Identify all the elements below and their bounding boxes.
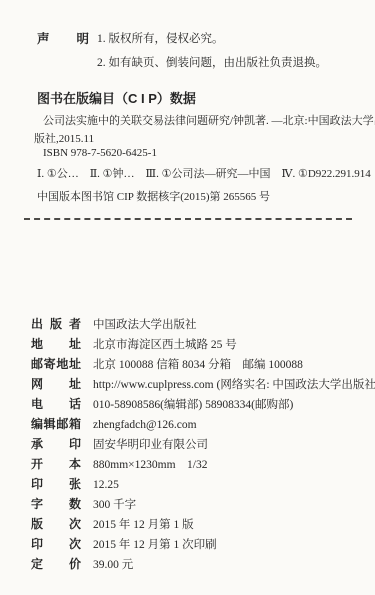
colophon-label: 邮寄地址 (31, 354, 81, 374)
colophon-label: 开 本 (31, 454, 81, 474)
declaration-items: 1. 版权所有，侵权必究。 2. 如有缺页、倒装问题，由出版社负责退换。 (97, 27, 327, 75)
colophon-value: 北京市海淀区西土城路 25 号 (93, 335, 237, 355)
colophon-row: 版 次 2015 年 12 月第 1 版 (31, 514, 361, 534)
colophon-value: 010-58908586(编辑部) 58908334(邮购部) (93, 395, 293, 415)
cip-entry-line: 公司法实施中的关联交易法律问题研究/钟凯著. —北京:中国政法大学出 (34, 112, 375, 130)
colophon-row: 印 次 2015 年 12 月第 1 次印刷 (31, 534, 361, 554)
colophon-value: 固安华明印业有限公司 (93, 435, 208, 455)
colophon-label: 电 话 (31, 394, 81, 414)
declaration-label: 声 明 (37, 27, 89, 75)
declaration-item: 2. 如有缺页、倒装问题，由出版社负责退换。 (97, 51, 327, 75)
colophon-value: 39.00 元 (93, 555, 133, 575)
colophon-row: 邮寄地址 北京 100088 信箱 8034 分箱 邮编 100088 (31, 354, 361, 374)
colophon-value: 880mm×1230mm 1/32 (93, 455, 207, 475)
colophon-label: 字 数 (31, 494, 81, 514)
colophon-label: 出 版 者 (31, 314, 81, 334)
colophon-value: 中国政法大学出版社 (93, 315, 197, 335)
colophon-label: 地 址 (31, 334, 81, 354)
colophon-label: 印 张 (31, 474, 81, 494)
colophon-row: 地 址 北京市海淀区西土城路 25 号 (31, 334, 361, 354)
book-copyright-page: 声 明 1. 版权所有，侵权必究。 2. 如有缺页、倒装问题，由出版社负责退换。… (0, 0, 375, 595)
declaration-section: 声 明 1. 版权所有，侵权必究。 2. 如有缺页、倒装问题，由出版社负责退换。 (37, 27, 327, 75)
cip-entry: 公司法实施中的关联交易法律问题研究/钟凯著. —北京:中国政法大学出 版社,20… (34, 112, 375, 148)
colophon-value: 300 千字 (93, 495, 136, 515)
colophon-label: 定 价 (31, 554, 81, 574)
colophon-value: http://www.cuplpress.com (网络实名: 中国政法大学出版… (93, 375, 375, 395)
colophon-value: 2015 年 12 月第 1 版 (93, 515, 194, 535)
colophon-value: 北京 100088 信箱 8034 分箱 邮编 100088 (93, 355, 303, 375)
colophon-value: zhengfadch@126.com (93, 415, 197, 435)
colophon-row: 编辑邮箱 zhengfadch@126.com (31, 414, 361, 434)
colophon-value: 12.25 (93, 475, 119, 495)
colophon-label: 网 址 (31, 374, 81, 394)
colophon-label: 承 印 (31, 434, 81, 454)
colophon-row: 开 本 880mm×1230mm 1/32 (31, 454, 361, 474)
colophon-row: 网 址 http://www.cuplpress.com (网络实名: 中国政法… (31, 374, 361, 394)
colophon-label: 编辑邮箱 (31, 414, 81, 434)
colophon-row: 印 张 12.25 (31, 474, 361, 494)
colophon-label: 印 次 (31, 534, 81, 554)
cip-entry-line: 版社,2015.11 (34, 130, 375, 148)
colophon-label: 版 次 (31, 514, 81, 534)
cip-heading: 图书在版编目（C I P）数据 (37, 88, 196, 107)
colophon-row: 出 版 者 中国政法大学出版社 (31, 314, 361, 334)
colophon-row: 定 价 39.00 元 (31, 554, 361, 574)
cip-classification: Ⅰ. ①公… Ⅱ. ①钟… Ⅲ. ①公司法—研究—中国 Ⅳ. ①D922.291… (37, 165, 371, 181)
colophon-row: 字 数 300 千字 (31, 494, 361, 514)
declaration-item: 1. 版权所有，侵权必究。 (97, 27, 327, 51)
colophon-row: 电 话 010-58908586(编辑部) 58908334(邮购部) (31, 394, 361, 414)
colophon-row: 承 印 固安华明印业有限公司 (31, 434, 361, 454)
section-divider (24, 218, 352, 220)
colophon-value: 2015 年 12 月第 1 次印刷 (93, 535, 217, 555)
cip-isbn: ISBN 978-7-5620-6425-1 (43, 147, 157, 159)
cip-record: 中国版本图书馆 CIP 数据核字(2015)第 265565 号 (37, 188, 270, 204)
colophon-section: 出 版 者 中国政法大学出版社 地 址 北京市海淀区西土城路 25 号 邮寄地址… (31, 314, 361, 574)
